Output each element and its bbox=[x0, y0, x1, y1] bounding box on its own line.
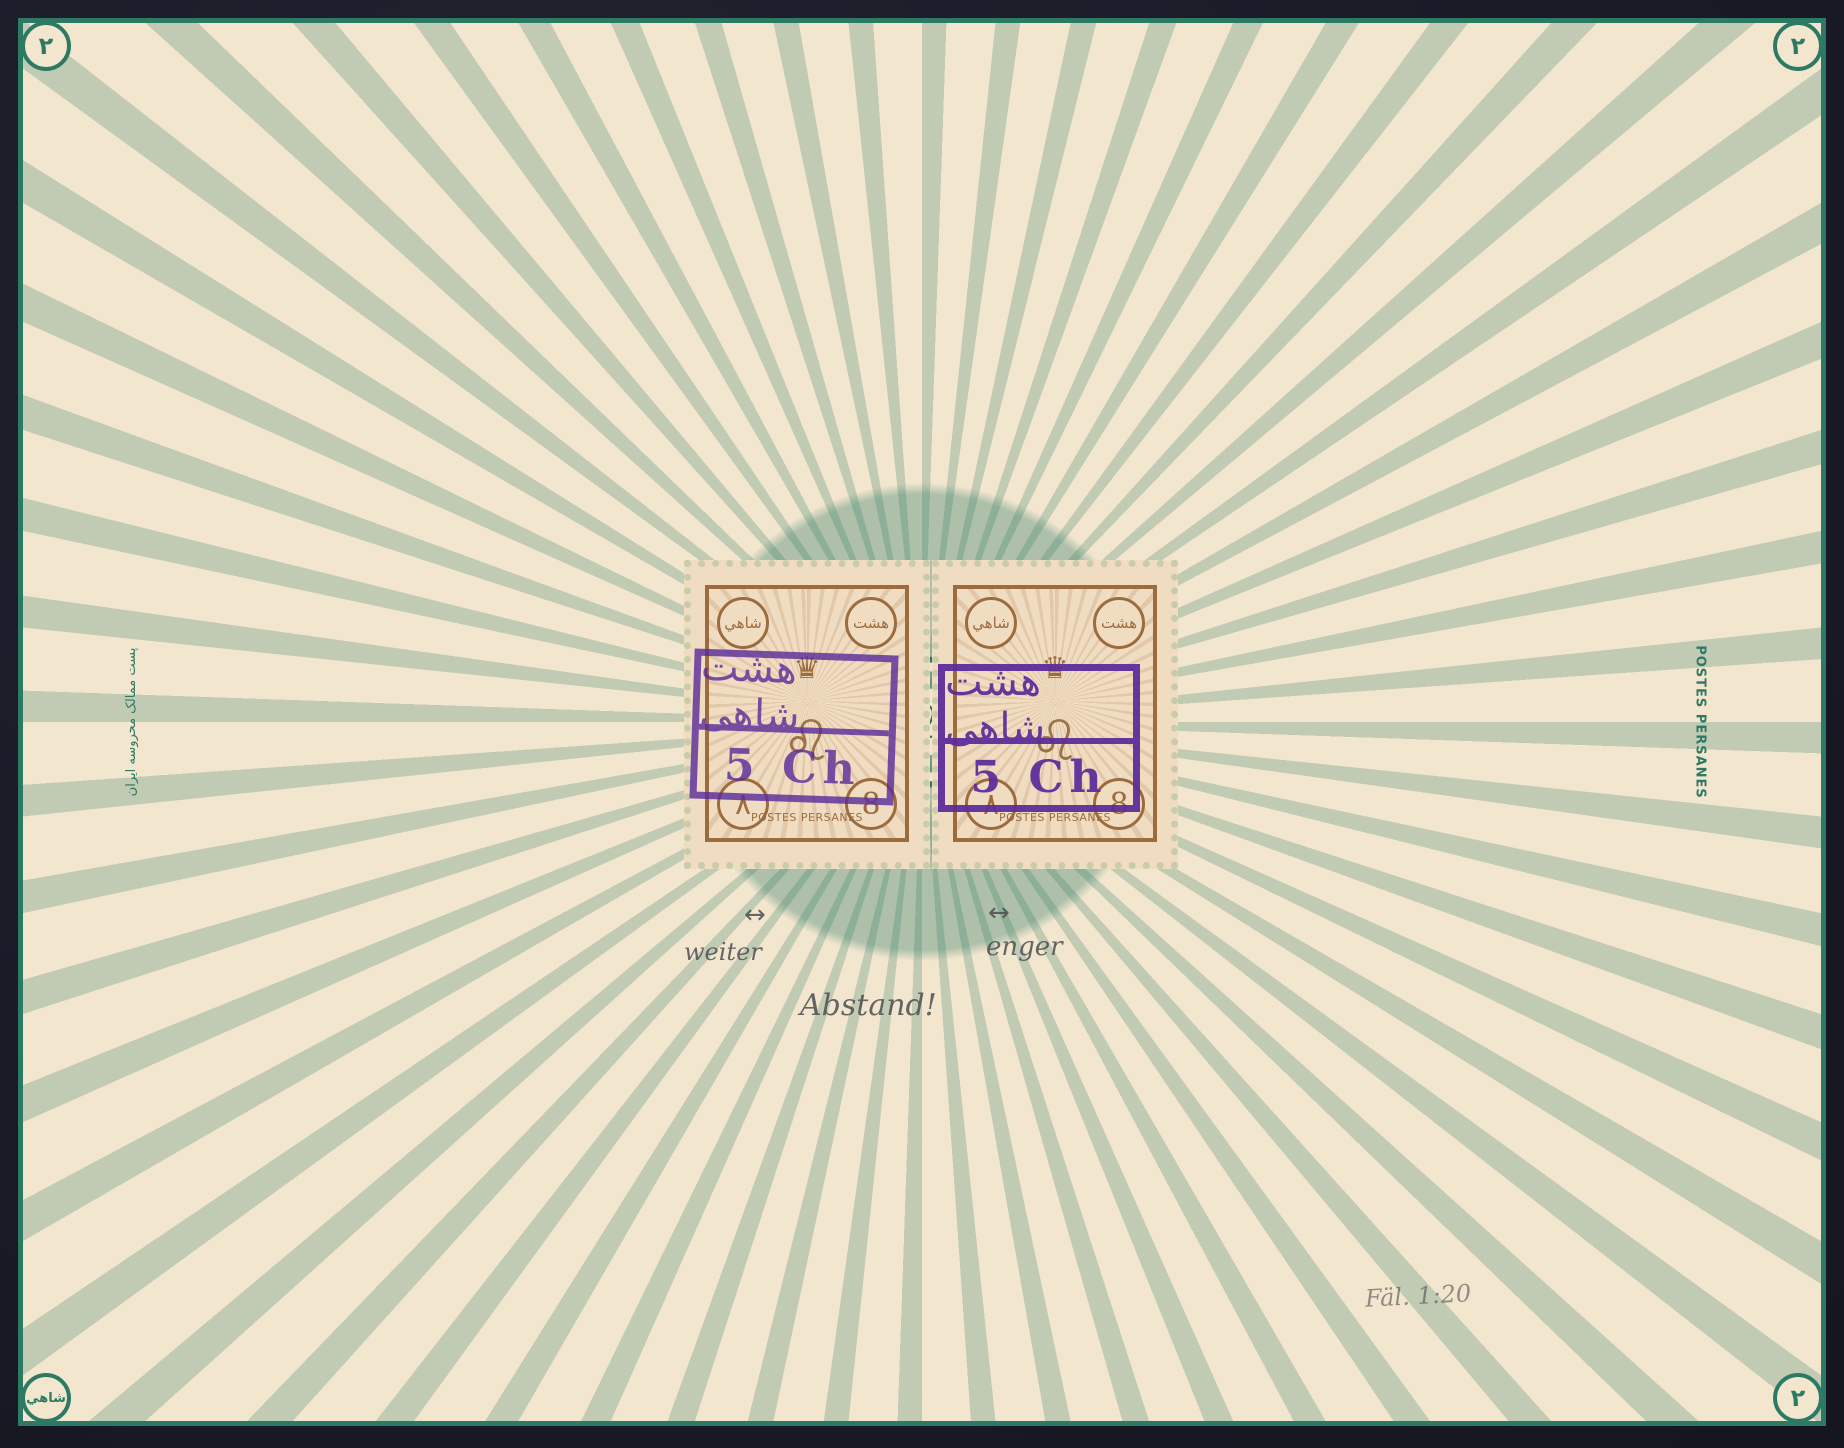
corner-value-top-right: هشت bbox=[1093, 597, 1145, 649]
overprint-value: 5 Ch bbox=[945, 744, 1133, 811]
corner-value-bottom-right: ٢ bbox=[1773, 1373, 1823, 1423]
pencil-note-enger: enger bbox=[986, 932, 1063, 962]
stamp-inscription: POSTES PERSANES bbox=[999, 811, 1111, 824]
overprint-box-left: هشت شاهی 5 Ch bbox=[689, 648, 898, 805]
corner-value-top-left: شاهي bbox=[965, 597, 1017, 649]
double-arrow-icon: ↔ bbox=[744, 900, 766, 930]
overprint-persian-text: هشت شاهی bbox=[699, 656, 891, 737]
corner-value-top-left: ٢ bbox=[21, 21, 71, 71]
double-arrow-icon: ↔ bbox=[988, 898, 1010, 928]
corner-value-top-right: ٢ bbox=[1773, 21, 1823, 71]
stamp-inscription: POSTES PERSANES bbox=[1693, 645, 1708, 799]
stamp-persian-inscription: پست ممالک محروسه ایران bbox=[124, 648, 139, 797]
corner-value-top-right: هشت bbox=[845, 597, 897, 649]
overprint-persian-text: هشت شاهی bbox=[945, 671, 1133, 744]
stamp-inscription: POSTES PERSANES bbox=[751, 811, 863, 824]
pencil-note-abstand: Abstand! bbox=[800, 988, 937, 1023]
pencil-note-ratio: Fäl. 1:20 bbox=[1364, 1279, 1471, 1313]
overprint-box-right: هشت شاهی 5 Ch bbox=[938, 664, 1140, 812]
corner-value-bottom-left: شاهي bbox=[21, 1373, 71, 1423]
pencil-note-weiter: weiter bbox=[684, 938, 762, 966]
stamp-green-2-shahi: ♌ ٢ ٢ شاهي ٢ POSTES PERSANES پست ممالک م… bbox=[0, 0, 336, 212]
corner-value-top-left: شاهي bbox=[717, 597, 769, 649]
